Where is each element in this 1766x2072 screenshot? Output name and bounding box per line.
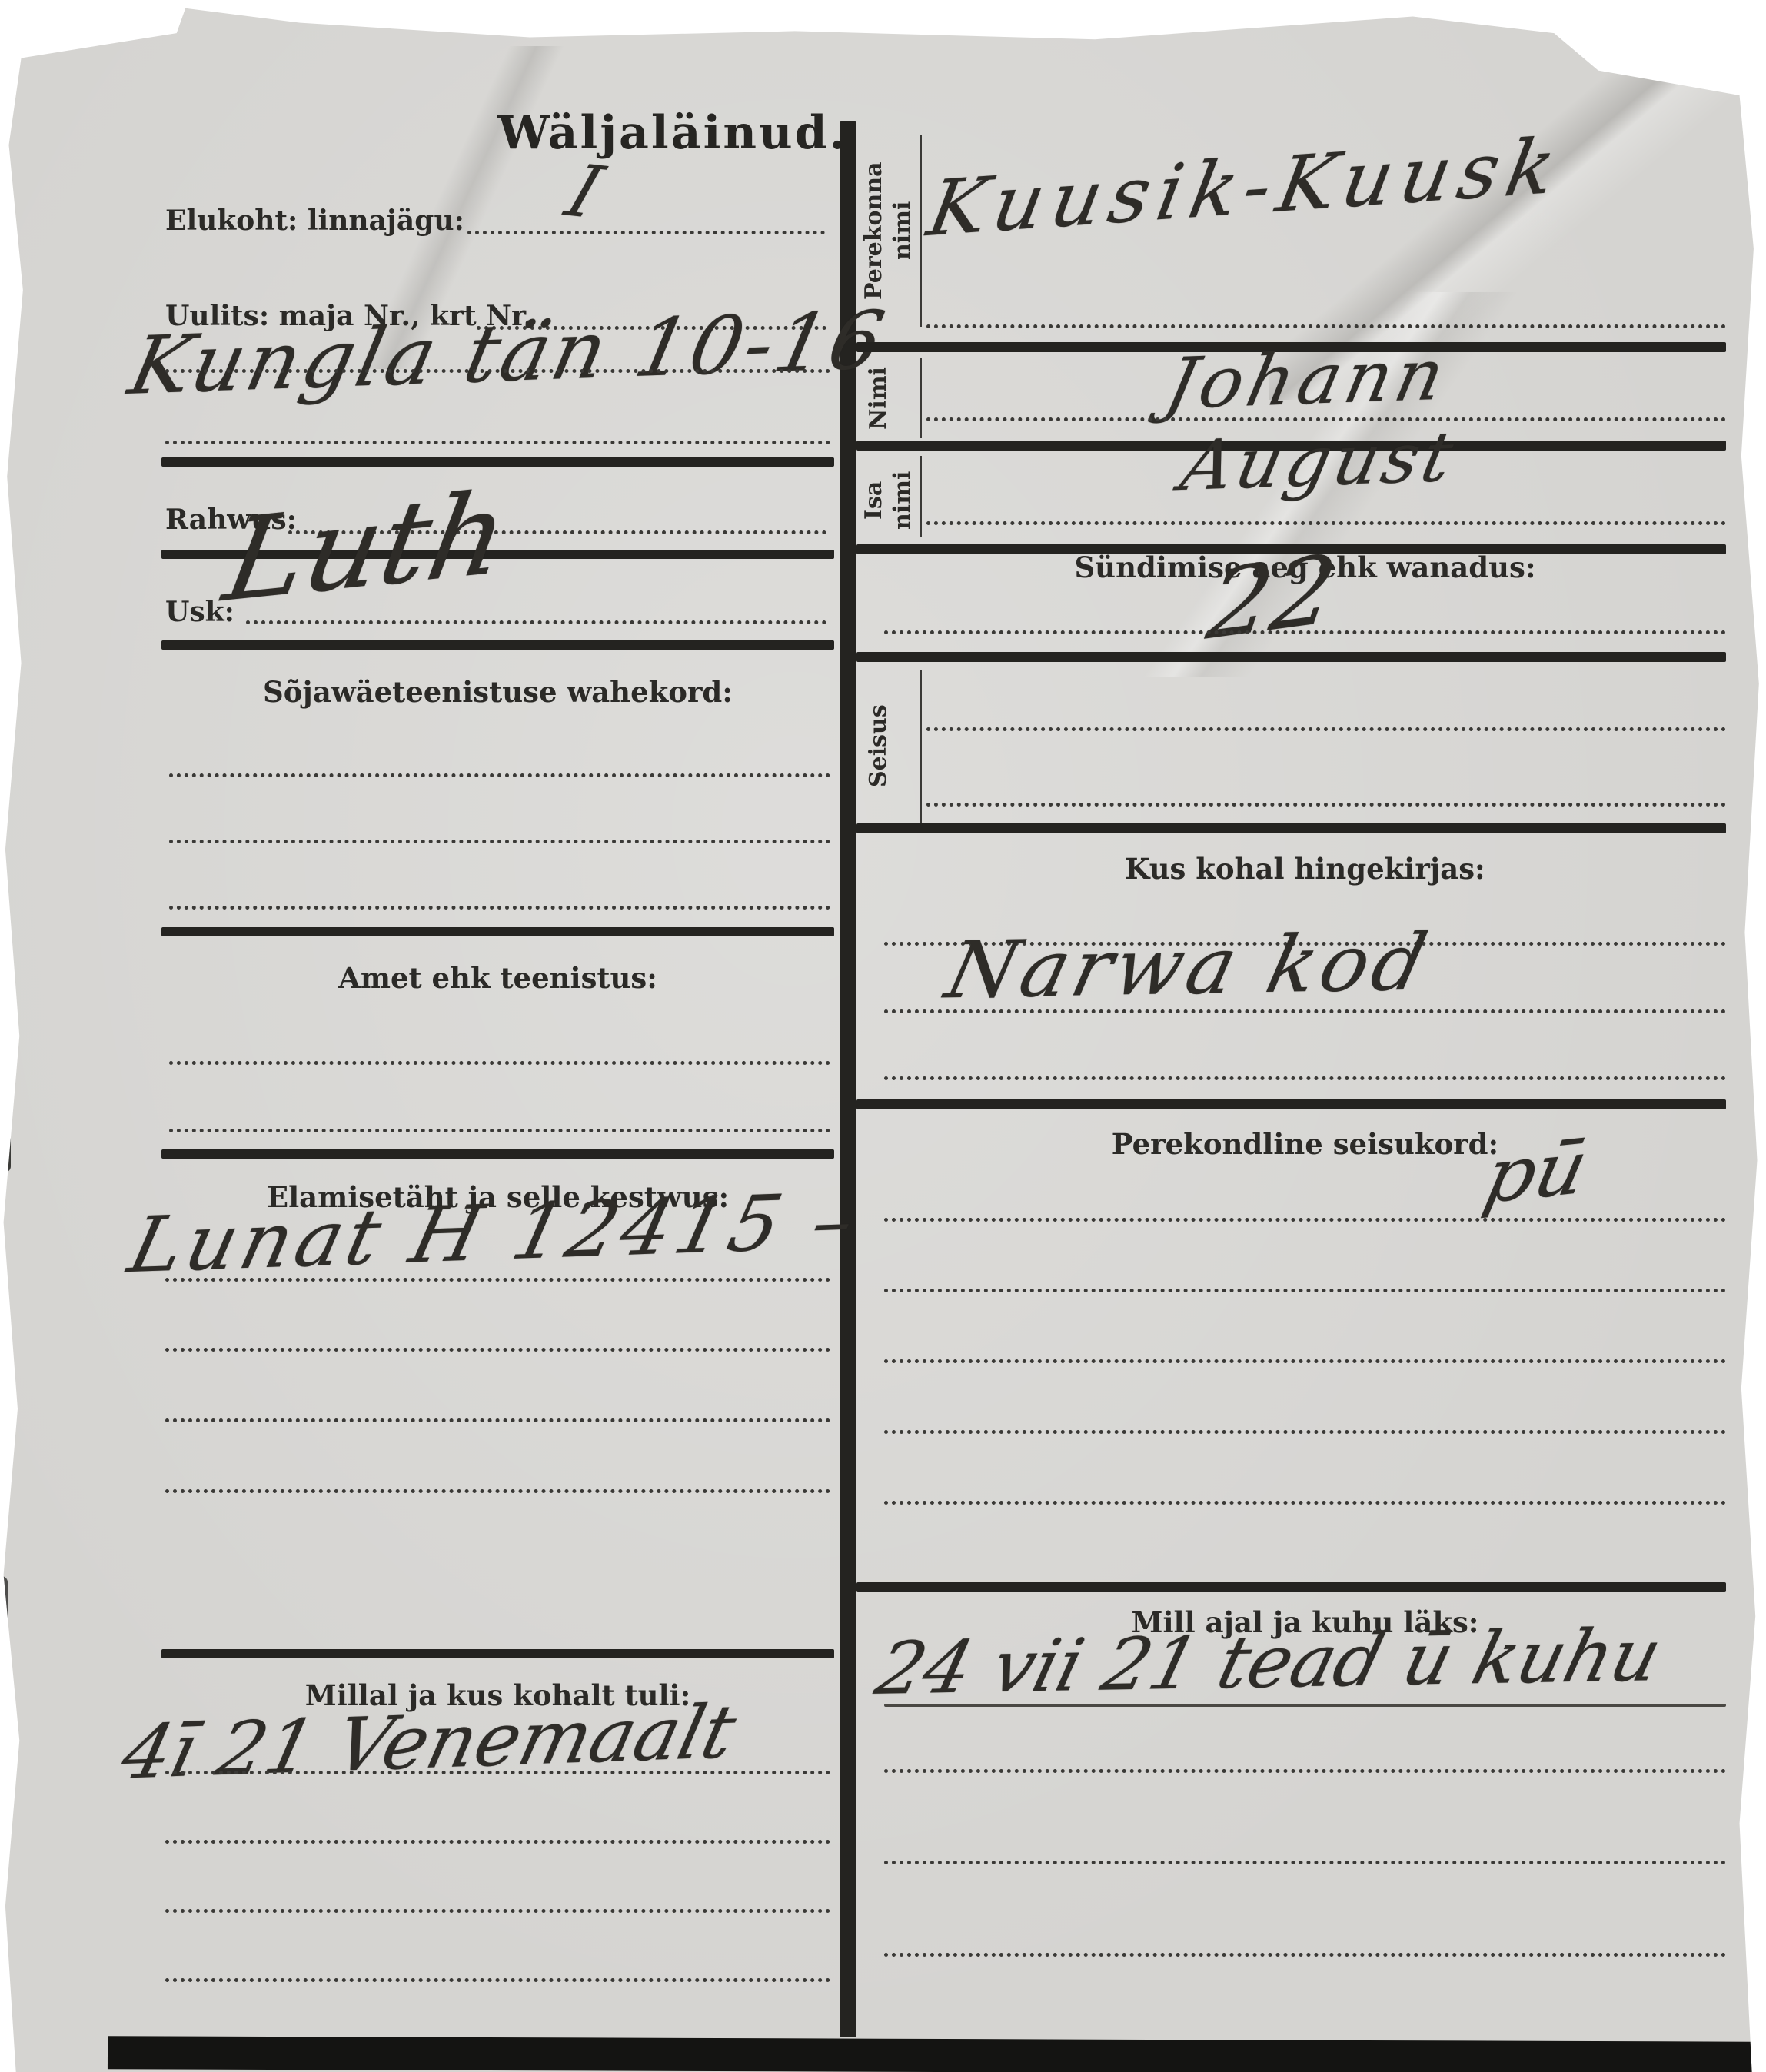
blank-line: [165, 1840, 830, 1844]
field-perekonna-nimi-label: Perekonna nimi: [860, 142, 915, 319]
handwriting-religion: Luth: [215, 467, 517, 628]
blank-line: [884, 1076, 1726, 1080]
bottom-scan-edge: [108, 2036, 1766, 2072]
column-divider: [840, 121, 856, 2037]
blank-line: [884, 1861, 1726, 1864]
section-perekondline-header: Perekondline seisukord:: [884, 1127, 1726, 1161]
label-divider-line: [920, 456, 922, 537]
blank-line: [884, 1430, 1726, 1434]
blank-line: [169, 840, 830, 843]
section-rule: [856, 823, 1726, 833]
field-elukoht-line: [467, 231, 825, 234]
field-nimi-label: Nimi: [864, 360, 895, 437]
handwriting-age: 22: [1201, 534, 1343, 662]
section-rule: [161, 927, 834, 936]
blank-line: [884, 1501, 1726, 1505]
field-sundimise-line: [884, 630, 1726, 634]
blank-line: [165, 369, 830, 373]
blank-line: [165, 1348, 830, 1352]
section-rule: [161, 640, 834, 650]
blank-line: [884, 1769, 1726, 1773]
blank-line: [165, 1278, 830, 1282]
section-rule: [856, 1582, 1726, 1592]
blank-line: [926, 727, 1726, 731]
blank-line: [169, 906, 830, 910]
label-divider-line: [920, 135, 922, 327]
field-perekonna-line: [926, 324, 1726, 328]
section-rule: [161, 457, 834, 467]
section-rule: [161, 1649, 834, 1658]
section-hingekirjas-header: Kus kohal hingekirjas:: [884, 852, 1726, 886]
section-rule: [161, 1149, 834, 1159]
form-title: Wäljaläinud.: [308, 106, 1038, 160]
section-rule: [856, 1099, 1726, 1109]
blank-line: [884, 1953, 1726, 1957]
torn-edge-mark: [0, 1111, 11, 1172]
handwriting-district: I: [557, 149, 613, 234]
blank-line: [169, 1061, 830, 1065]
blank-line: [884, 1359, 1726, 1363]
blank-line: [165, 1418, 830, 1422]
scanned-page: Wäljaläinud. Elukoht: linnajägu: I Uulit…: [0, 0, 1766, 2072]
blank-line: [169, 773, 830, 777]
handwriting-father-name: August: [1174, 417, 1463, 507]
blank-line: [169, 1129, 830, 1132]
field-isa-nimi-label: Isa nimi: [860, 460, 915, 540]
paper-sheet: Wäljaläinud. Elukoht: linnajägu: I Uulit…: [0, 0, 1766, 2072]
blank-line: [165, 1909, 830, 1913]
blank-line: [165, 1489, 830, 1493]
field-isa-line: [926, 521, 1726, 525]
section-sojawae-header: Sõjawäeteenistuse wahekord:: [165, 675, 830, 709]
field-seisus-label: Seisus: [864, 684, 895, 807]
section-rule: [856, 652, 1726, 662]
blank-line: [165, 1771, 830, 1774]
torn-edge-mark: [0, 1576, 8, 1630]
label-divider-line: [920, 358, 922, 438]
blank-line: [926, 803, 1726, 807]
blank-line: [165, 1978, 830, 1982]
label-divider-line: [920, 670, 922, 824]
section-amet-header: Amet ehk teenistus:: [165, 961, 830, 995]
ink-underline: [884, 1704, 1726, 1707]
handwriting-first-name: Johann: [1159, 334, 1456, 426]
blank-line: [884, 1289, 1726, 1292]
handwriting-registry: Narwa kod: [938, 917, 1439, 1017]
field-usk-line: [246, 620, 826, 624]
blank-line: [884, 1218, 1726, 1222]
blank-line: [165, 441, 830, 444]
handwriting-departure: 24 vii 21 tead ū kuhu: [868, 1614, 1669, 1711]
field-elukoht-label: Elukoht: linnajägu:: [165, 205, 464, 237]
handwriting-family-status: pū: [1477, 1124, 1595, 1222]
blank-line: [884, 1009, 1726, 1013]
